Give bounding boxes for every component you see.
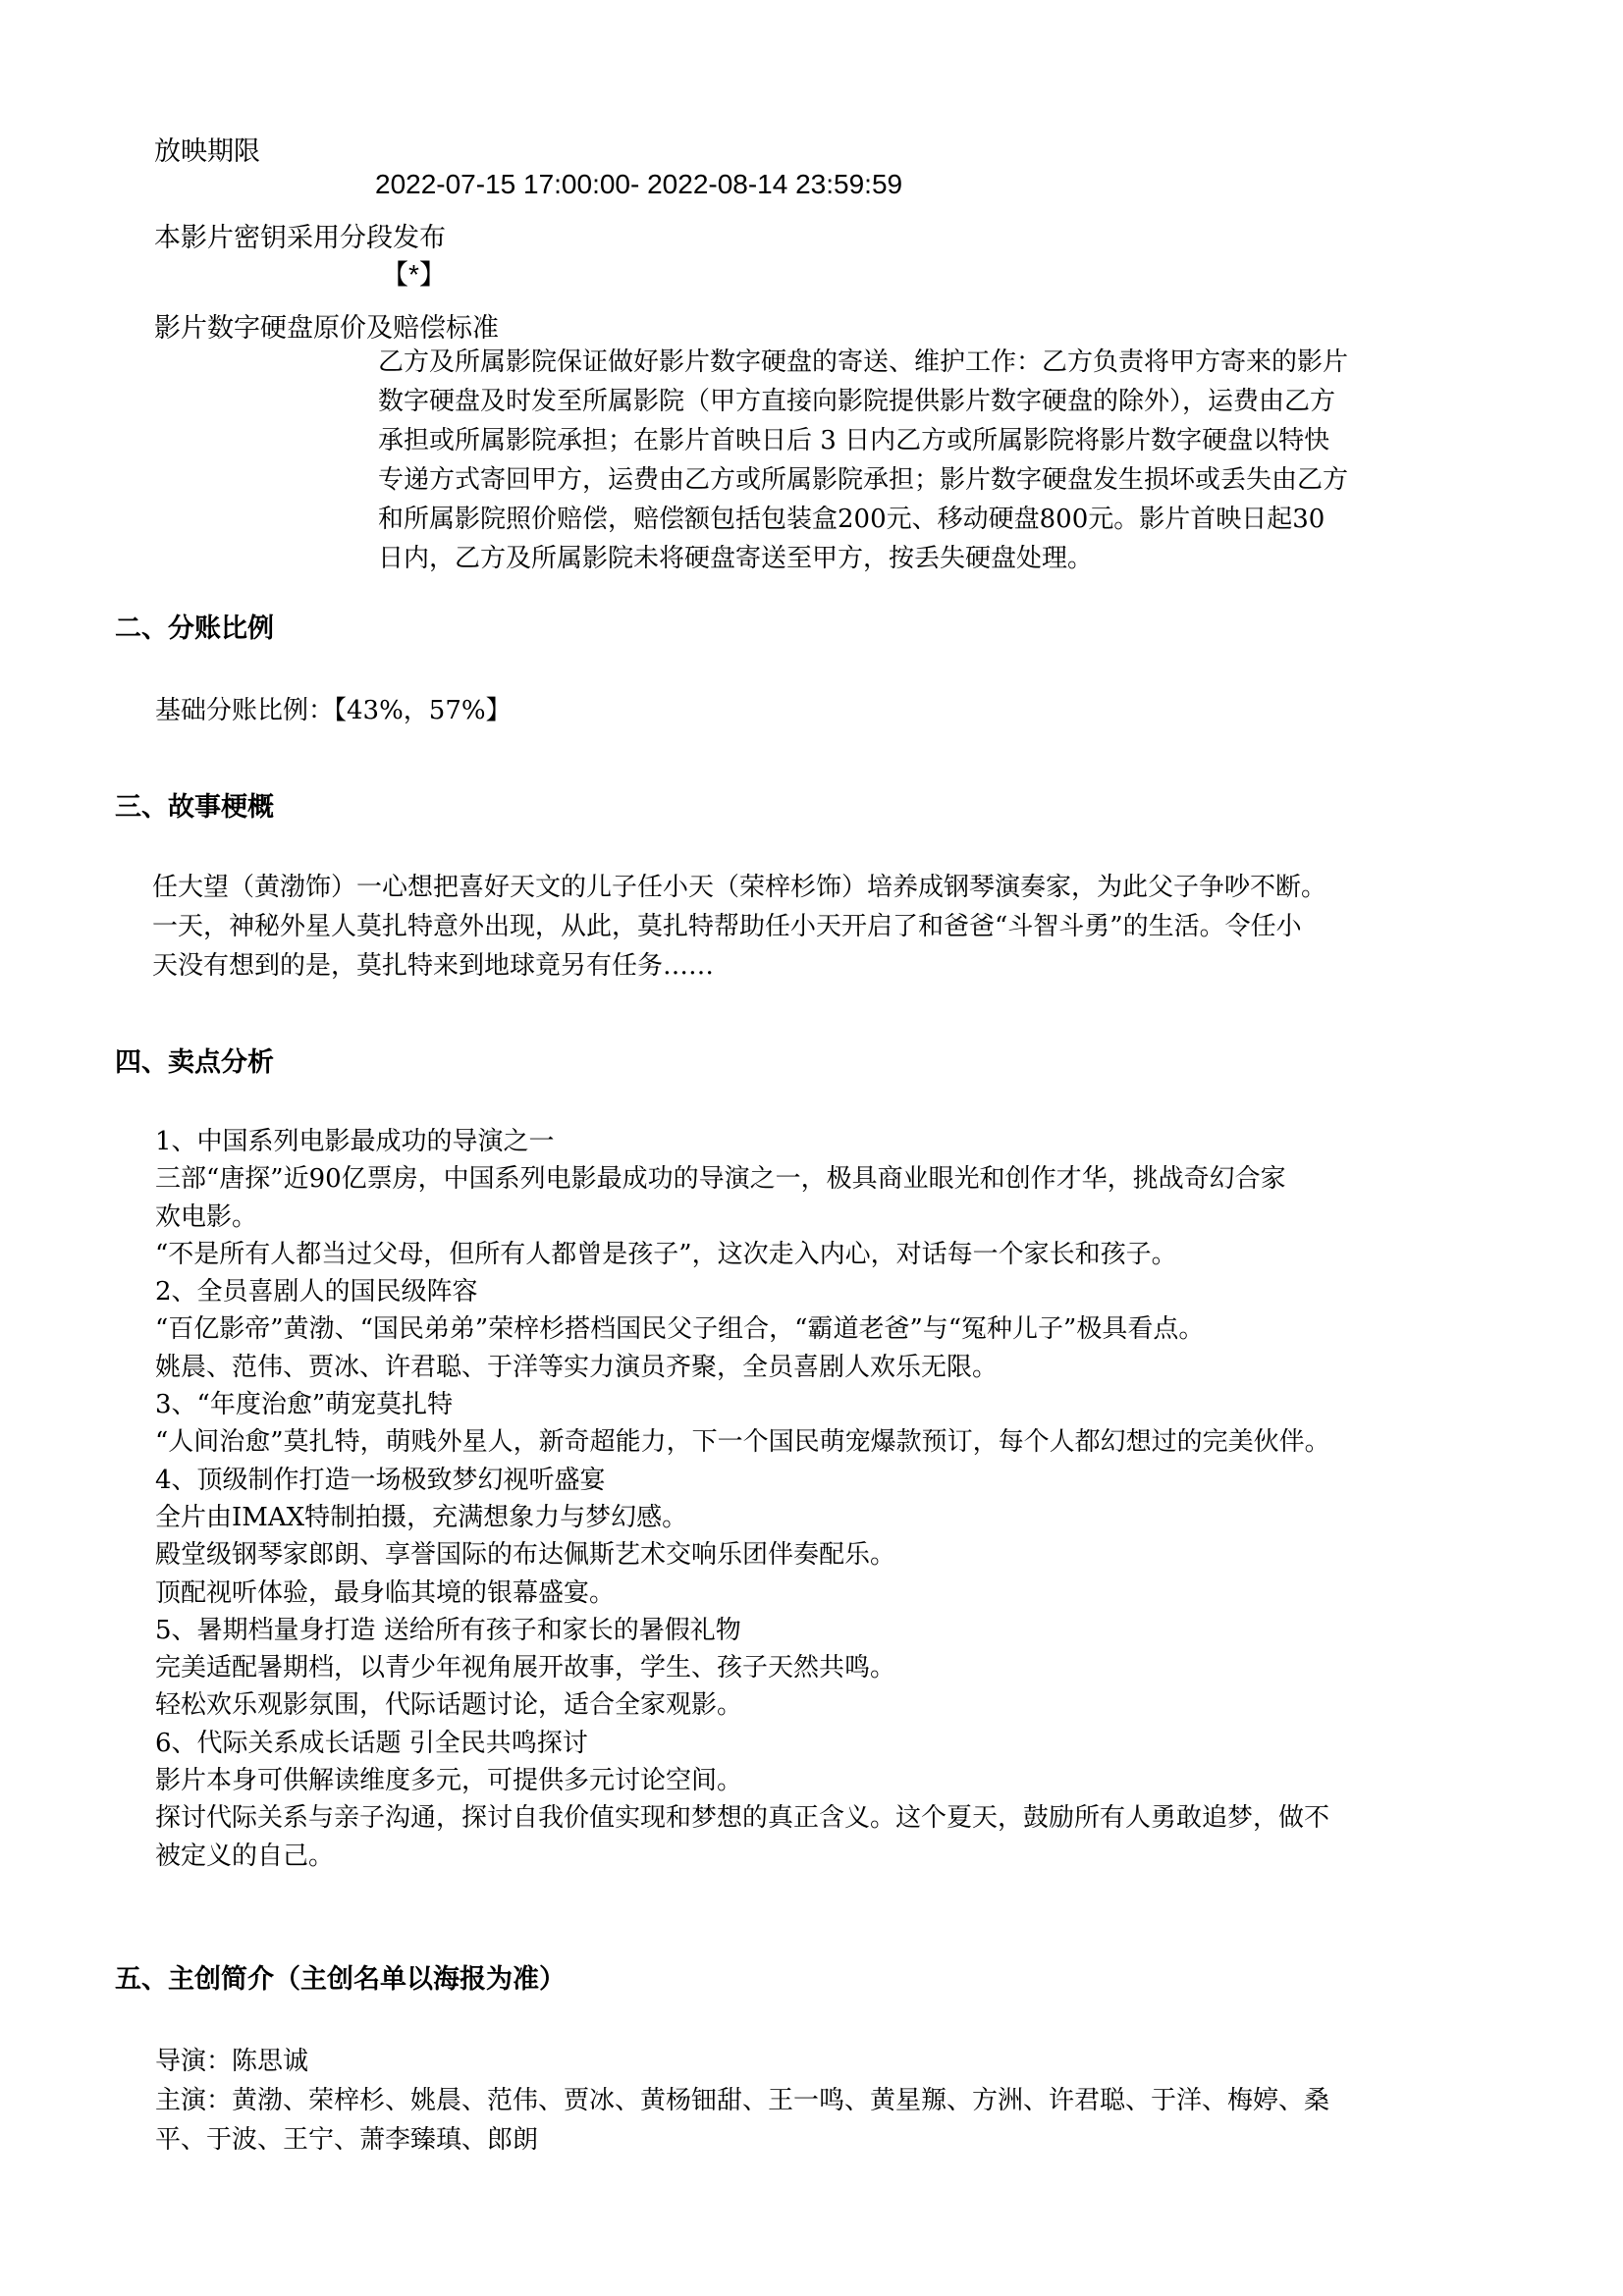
selling-point-heading: 1、中国系列电影最成功的导演之一 — [155, 1123, 1330, 1160]
creators-list: 导演：陈思诚 主演：黄渤、荣梓杉、姚晨、范伟、贾冰、黄杨钿甜、王一鸣、黄星羱、方… — [155, 2042, 1329, 2160]
section-heading-synopsis: 三、故事梗概 — [115, 785, 274, 824]
cast-line: 平、于波、王宁、萧李臻瑱、郎朗 — [155, 2120, 1329, 2160]
selling-point-heading: 5、暑期档量身打造 送给所有孩子和家长的暑假礼物 — [155, 1612, 1330, 1649]
screening-period-label: 放映期限 — [154, 130, 260, 168]
hard-disk-paragraph: 乙方及所属影院保证做好影片数字硬盘的寄送、维护工作：乙方负责将甲方寄来的影片 数… — [378, 343, 1348, 578]
section-heading-selling-points: 四、卖点分析 — [115, 1041, 274, 1079]
text-line: 天没有想到的是，莫扎特来到地球竟另有任务…… — [152, 946, 1326, 986]
section-heading-creators: 五、主创简介（主创名单以海报为准） — [115, 1957, 566, 1996]
text-line: 殿堂级钢琴家郎朗、享誉国际的布达佩斯艺术交响乐团伴奏配乐。 — [155, 1536, 1330, 1574]
key-release-label: 本影片密钥采用分段发布 — [154, 216, 446, 254]
director-line: 导演：陈思诚 — [155, 2042, 1329, 2081]
selling-point-heading: 4、顶级制作打造一场极致梦幻视听盛宴 — [155, 1462, 1330, 1499]
text-line: 顶配视听体验，最身临其境的银幕盛宴。 — [155, 1575, 1330, 1612]
text-line: 日内，乙方及所属影院未将硬盘寄送至甲方，按丢失硬盘处理。 — [378, 539, 1348, 578]
text-line: 完美适配暑期档，以青少年视角展开故事，学生、孩子天然共鸣。 — [155, 1649, 1330, 1686]
text-line: 被定义的自己。 — [155, 1838, 1330, 1875]
hard-disk-label: 影片数字硬盘原价及赔偿标准 — [154, 306, 499, 345]
text-line: “人间治愈”莫扎特，萌贱外星人，新奇超能力，下一个国民萌宠爆款预订，每个人都幻想… — [155, 1423, 1330, 1461]
text-line: 乙方及所属影院保证做好影片数字硬盘的寄送、维护工作：乙方负责将甲方寄来的影片 — [378, 343, 1348, 382]
selling-point-heading: 6、代际关系成长话题 引全民共鸣探讨 — [155, 1725, 1330, 1762]
section-heading-revenue-split: 二、分账比例 — [115, 607, 274, 645]
document-page: 放映期限 2022-07-15 17:00:00- 2022-08-14 23:… — [0, 0, 1623, 2296]
text-line: 探讨代际关系与亲子沟通，探讨自我价值实现和梦想的真正含义。这个夏天，鼓励所有人勇… — [155, 1799, 1330, 1837]
synopsis-paragraph: 任大望（黄渤饰）一心想把喜好天文的儿子任小天（荣梓杉饰）培养成钢琴演奏家，为此父… — [152, 868, 1326, 986]
text-line: 数字硬盘及时发至所属影院（甲方直接向影院提供影片数字硬盘的除外），运费由乙方 — [378, 382, 1348, 421]
selling-points-list: 1、中国系列电影最成功的导演之一 三部“唐探”近90亿票房，中国系列电影最成功的… — [155, 1123, 1330, 1875]
selling-point-heading: 3、“年度治愈”萌宠莫扎特 — [155, 1386, 1330, 1423]
text-line: 姚晨、范伟、贾冰、许君聪、于洋等实力演员齐聚，全员喜剧人欢乐无限。 — [155, 1349, 1330, 1386]
text-line: 三部“唐探”近90亿票房，中国系列电影最成功的导演之一，极具商业眼光和创作才华，… — [155, 1160, 1330, 1198]
text-line: 轻松欢乐观影氛围，代际话题讨论，适合全家观影。 — [155, 1686, 1330, 1724]
selling-point-heading: 2、全员喜剧人的国民级阵容 — [155, 1273, 1330, 1310]
text-line: 专递方式寄回甲方，运费由乙方或所属影院承担；影片数字硬盘发生损坏或丢失由乙方 — [378, 460, 1348, 500]
text-line: 影片本身可供解读维度多元，可提供多元讨论空间。 — [155, 1762, 1330, 1799]
text-line: 欢电影。 — [155, 1199, 1330, 1236]
text-line: “百亿影帝”黄渤、“国民弟弟”荣梓杉搭档国民父子组合，“霸道老爸”与“冤种儿子”… — [155, 1310, 1330, 1348]
text-line: 和所属影院照价赔偿，赔偿额包括包装盒200元、移动硬盘800元。影片首映日起30 — [378, 500, 1348, 539]
text-line: 一天，神秘外星人莫扎特意外出现，从此，莫扎特帮助任小天开启了和爸爸“斗智斗勇”的… — [152, 907, 1326, 946]
text-line: 承担或所属影院承担；在影片首映日后 3 日内乙方或所属影院将影片数字硬盘以特快 — [378, 421, 1348, 460]
revenue-split-text: 基础分账比例：【43%，57%】 — [155, 691, 512, 730]
text-line: “不是所有人都当过父母，但所有人都曾是孩子”，这次走入内心，对话每一个家长和孩子… — [155, 1236, 1330, 1273]
cast-line: 主演：黄渤、荣梓杉、姚晨、范伟、贾冰、黄杨钿甜、王一鸣、黄星羱、方洲、许君聪、于… — [155, 2081, 1329, 2120]
text-line: 任大望（黄渤饰）一心想把喜好天文的儿子任小天（荣梓杉饰）培养成钢琴演奏家，为此父… — [152, 868, 1326, 907]
screening-period-value: 2022-07-15 17:00:00- 2022-08-14 23:59:59 — [375, 169, 902, 200]
text-line: 全片由IMAX特制拍摄，充满想象力与梦幻感。 — [155, 1499, 1330, 1536]
key-release-value: 【*】 — [381, 253, 447, 293]
